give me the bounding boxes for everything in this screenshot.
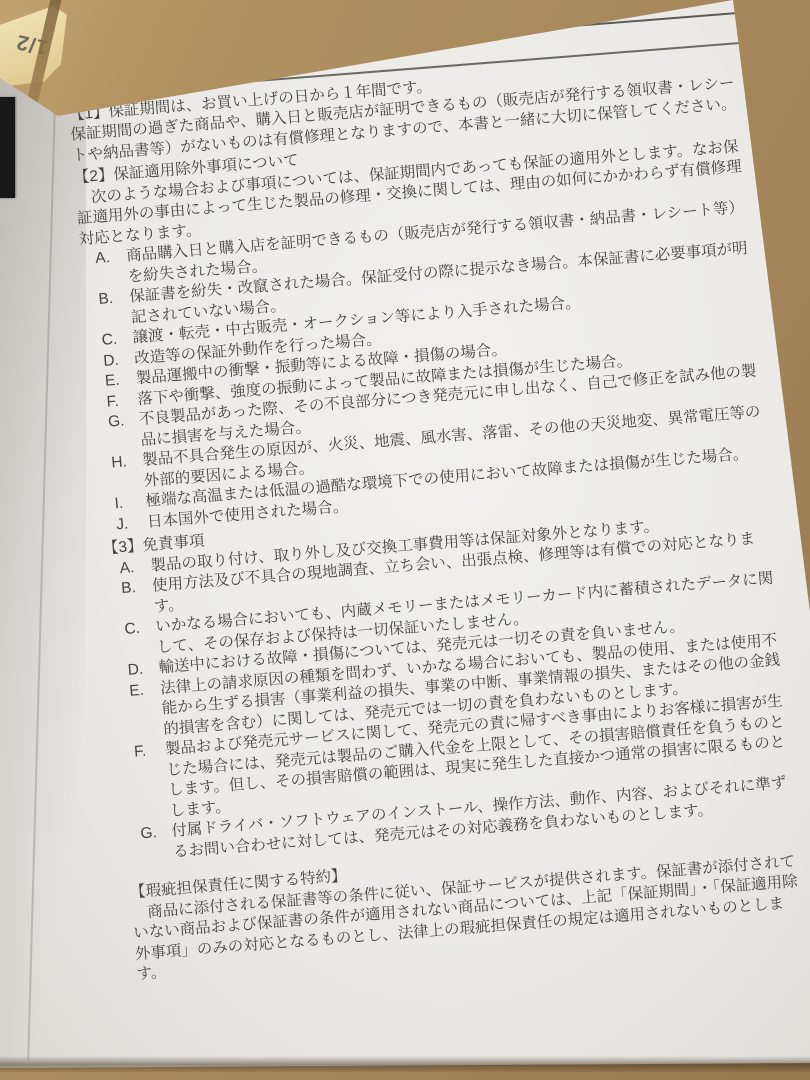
item-marker: A. xyxy=(95,248,111,270)
title-side-rule xyxy=(438,12,739,38)
title-spacer xyxy=(65,51,302,70)
item-marker: J. xyxy=(115,514,129,535)
item-marker: F. xyxy=(133,742,147,763)
paper-bottom-shadow xyxy=(0,1056,810,1072)
item-marker: G. xyxy=(140,823,158,845)
item-marker: E. xyxy=(104,371,120,393)
item-marker: A. xyxy=(119,558,135,580)
item-marker: E. xyxy=(129,680,145,702)
item-marker: D. xyxy=(103,350,120,372)
section-warranty-exclusions: 【2】保証適用除外事項について 次のような場合および事項については、保証期間内で… xyxy=(73,116,776,537)
photo-scene: 1/2 保証規約 【1】保証期間は、お買い上げの日から１年間です。 保証期間の過… xyxy=(0,0,810,1080)
document-content: 保証規約 【1】保証期間は、お買い上げの日から１年間です。 保証期間の過ぎた商品… xyxy=(64,0,810,986)
section-disclaimer: 【3】免責事項 A.製品の取り付け、取り外し及び交換工事費用等は保証対象外となり… xyxy=(102,486,802,866)
item-marker: D. xyxy=(127,660,144,682)
document-title: 保証規約 xyxy=(302,32,419,62)
item-marker: C. xyxy=(101,330,118,352)
item-marker: H. xyxy=(111,452,128,474)
dark-object-edge xyxy=(0,97,15,198)
item-marker: F. xyxy=(106,391,120,412)
item-marker: G. xyxy=(107,411,125,433)
item-marker: B. xyxy=(121,578,137,600)
item-marker: I. xyxy=(114,494,124,515)
item-marker: B. xyxy=(98,289,114,311)
page-fold-shadow xyxy=(0,70,86,1070)
warranty-document-sheet: 保証規約 【1】保証期間は、お買い上げの日から１年間です。 保証期間の過ぎた商品… xyxy=(0,0,810,1080)
item-marker: C. xyxy=(124,619,141,641)
